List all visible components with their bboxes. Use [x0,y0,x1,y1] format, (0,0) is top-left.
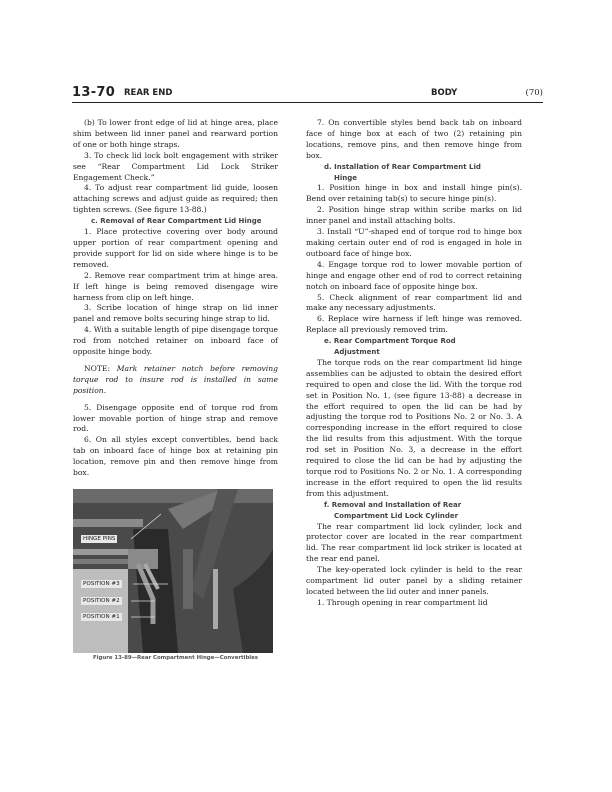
label-position-3: POSITION #3 [81,580,122,588]
label-position-1: POSITION #1 [81,613,122,621]
note-label: NOTE: [84,364,117,373]
paragraph: The torque rods on the rear compartment … [306,358,522,500]
heading-line: e. Rear Compartment Torque Rod [324,337,456,345]
note: NOTE: Mark retainer notch before removin… [73,364,278,397]
step: 2. Position hinge strap within scribe ma… [306,205,522,227]
right-column: 7. On convertible styles bend back tab o… [306,118,522,609]
step: 7. On convertible styles bend back tab o… [306,118,522,162]
step: 6. Replace wire harness if left hinge wa… [306,314,522,336]
step: 3. Install “U”-shaped end of torque rod … [306,227,522,260]
section-heading-c: c. Removal of Rear Compartment Lid Hinge [73,216,278,227]
paragraph: 3. To check lid lock bolt engagement wit… [73,151,278,184]
step: 1. Place protective covering over body a… [73,227,278,271]
page-header: 13-70 REAR END BODY (70) [72,88,543,103]
step: 2. Remove rear compartment trim at hinge… [73,271,278,304]
figure-caption: Figure 13-89—Rear Compartment Hinge—Conv… [73,653,278,664]
section-title: REAR END [124,88,172,98]
heading-line: Hinge [324,173,522,184]
step: 5. Disengage opposite end of torque rod … [73,403,278,436]
heading-line: Compartment Lid Lock Cylinder [324,511,522,522]
paragraph: 4. To adjust rear compartment lid guide,… [73,183,278,216]
step: 1. Through opening in rear compartment l… [306,598,522,609]
step: 4. With a suitable length of pipe diseng… [73,325,278,358]
paragraph: The rear compartment lid lock cylinder, … [306,522,522,566]
paragraph: (b) To lower front edge of lid at hinge … [73,118,278,151]
paragraph: The key-operated lock cylinder is held t… [306,565,522,598]
heading-line: f. Removal and Installation of Rear [324,501,461,509]
section-heading-f: f. Removal and Installation of RearCompa… [306,500,522,522]
label-position-2: POSITION #2 [81,597,122,605]
left-column: (b) To lower front edge of lid at hinge … [73,118,278,664]
step: 1. Position hinge in box and install hin… [306,183,522,205]
chapter-page-number: (70) [526,88,543,98]
figure-photo: HINGE PINS POSITION #3 POSITION #2 POSIT… [73,489,273,653]
step: 5. Check alignment of rear compartment l… [306,293,522,315]
section-heading-e: e. Rear Compartment Torque RodAdjustment [306,336,522,358]
hinge-photo-illustration [73,489,273,653]
label-hinge-pins: HINGE PINS [81,535,117,543]
step: 3. Scribe location of hinge strap on lid… [73,303,278,325]
page-number: 13-70 [72,85,115,100]
section-heading-d: d. Installation of Rear Compartment LidH… [306,162,522,184]
heading-line: Adjustment [324,347,522,358]
step: 6. On all styles except convertibles, be… [73,435,278,479]
chapter-title: BODY [431,88,457,98]
heading-line: d. Installation of Rear Compartment Lid [324,163,481,171]
step: 4. Engage torque rod to lower movable po… [306,260,522,293]
